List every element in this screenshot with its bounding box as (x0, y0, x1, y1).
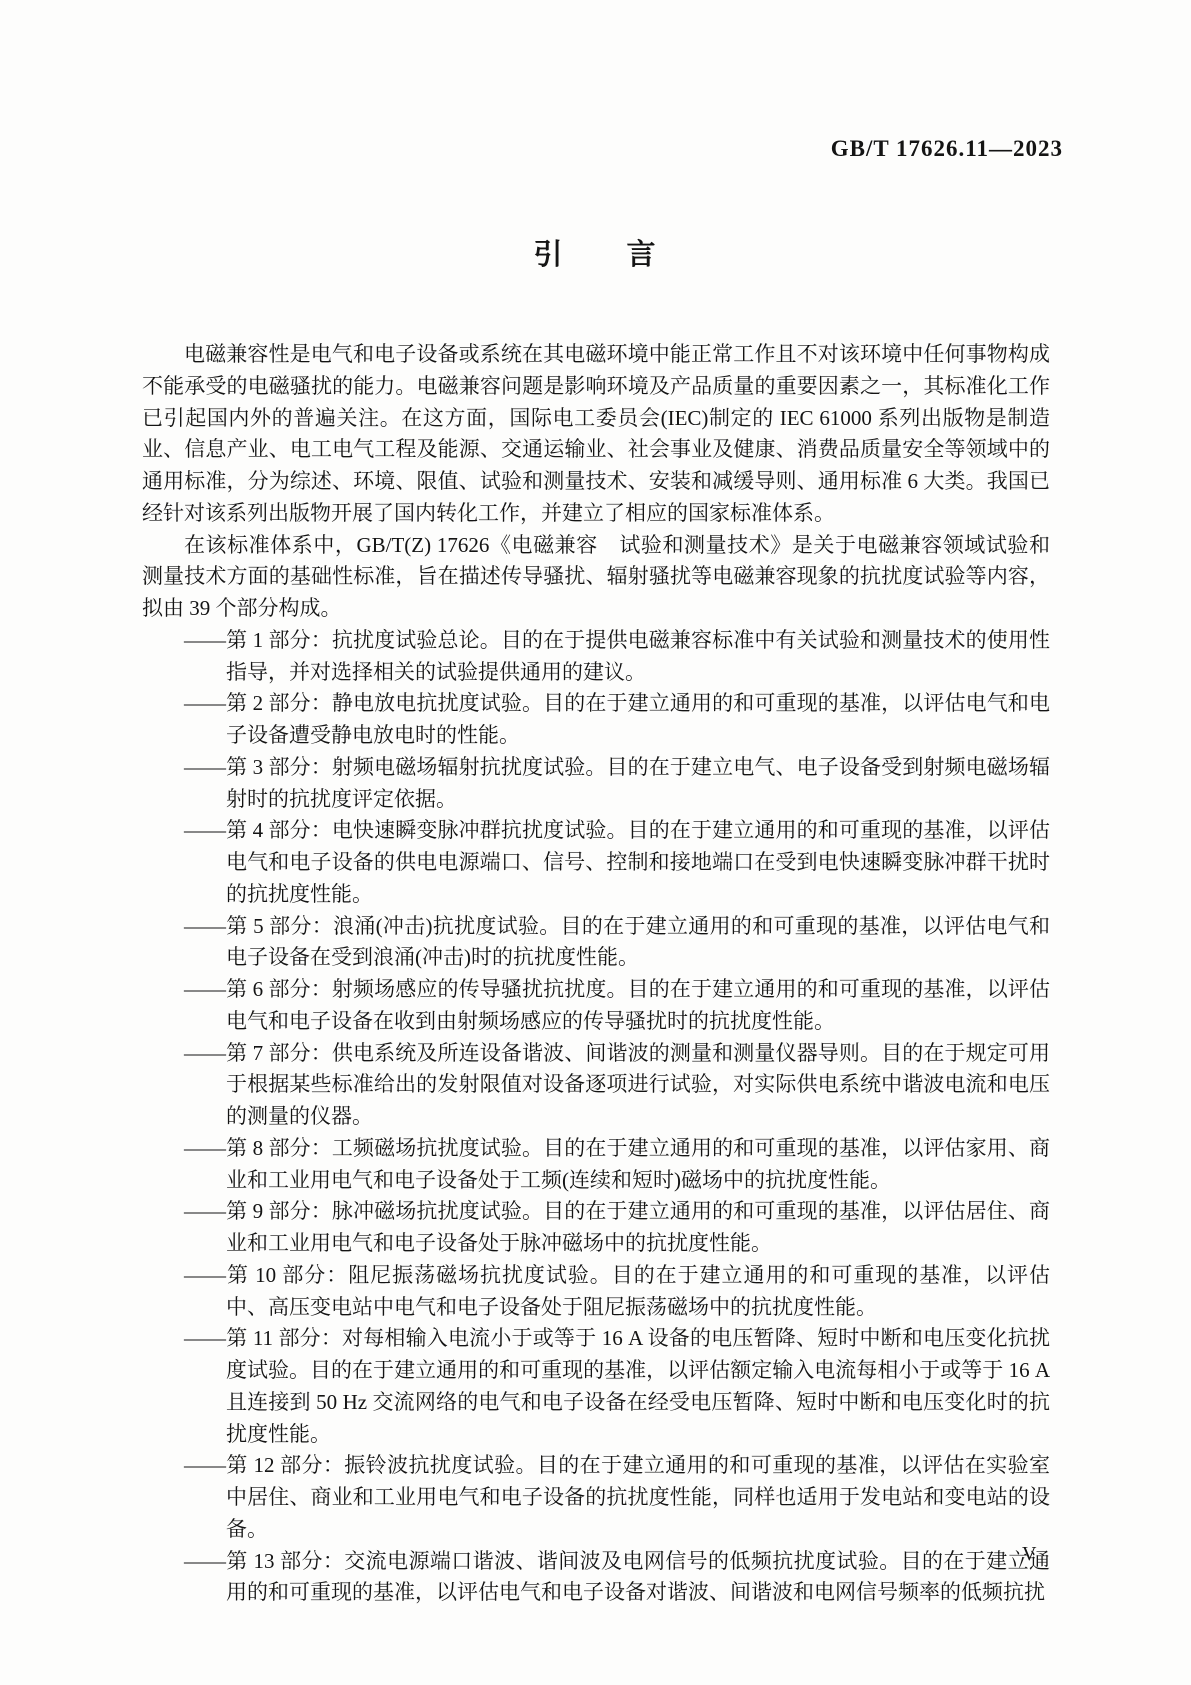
list-item-part-3: ——第 3 部分：射频电磁场辐射抗扰度试验。目的在于建立电气、电子设备受到射频电… (142, 752, 1050, 816)
list-item-part-5: ——第 5 部分：浪涌(冲击)抗扰度试验。目的在于建立通用的和可重现的基准，以评… (142, 911, 1050, 975)
list-item-part-6: ——第 6 部分：射频场感应的传导骚扰抗扰度。目的在于建立通用的和可重现的基准，… (142, 974, 1050, 1038)
list-item-part-8: ——第 8 部分：工频磁场抗扰度试验。目的在于建立通用的和可重现的基准，以评估家… (142, 1133, 1050, 1197)
list-item-part-7: ——第 7 部分：供电系统及所连设备谐波、间谐波的测量和测量仪器导则。目的在于规… (142, 1038, 1050, 1133)
document-page: GB/T 17626.11—2023 引 言 电磁兼容性是电气和电子设备或系统在… (0, 0, 1191, 1685)
intro-paragraph-2: 在该标准体系中，GB/T(Z) 17626《电磁兼容 试验和测量技术》是关于电磁… (142, 530, 1050, 625)
list-item-part-9: ——第 9 部分：脉冲磁场抗扰度试验。目的在于建立通用的和可重现的基准，以评估居… (142, 1196, 1050, 1260)
list-item-part-2: ——第 2 部分：静电放电抗扰度试验。目的在于建立通用的和可重现的基准，以评估电… (142, 688, 1050, 752)
list-item-part-4: ——第 4 部分：电快速瞬变脉冲群抗扰度试验。目的在于建立通用的和可重现的基准，… (142, 815, 1050, 910)
page-title: 引 言 (0, 232, 1191, 273)
standard-number: GB/T 17626.11—2023 (831, 136, 1063, 162)
list-item-part-10: ——第 10 部分：阻尼振荡磁场抗扰度试验。目的在于建立通用的和可重现的基准，以… (142, 1260, 1050, 1324)
list-item-part-11: ——第 11 部分：对每相输入电流小于或等于 16 A 设备的电压暂降、短时中断… (142, 1323, 1050, 1450)
list-item-part-13: ——第 13 部分：交流电源端口谐波、谐间波及电网信号的低频抗扰度试验。目的在于… (142, 1546, 1050, 1610)
page-number: V (1022, 1543, 1037, 1566)
document-body: 电磁兼容性是电气和电子设备或系统在其电磁环境中能正常工作且不对该环境中任何事物构… (142, 339, 1050, 1609)
list-item-part-12: ——第 12 部分：振铃波抗扰度试验。目的在于建立通用的和可重现的基准，以评估在… (142, 1450, 1050, 1545)
intro-paragraph-1: 电磁兼容性是电气和电子设备或系统在其电磁环境中能正常工作且不对该环境中任何事物构… (142, 339, 1050, 530)
list-item-part-1: ——第 1 部分：抗扰度试验总论。目的在于提供电磁兼容标准中有关试验和测量技术的… (142, 625, 1050, 689)
